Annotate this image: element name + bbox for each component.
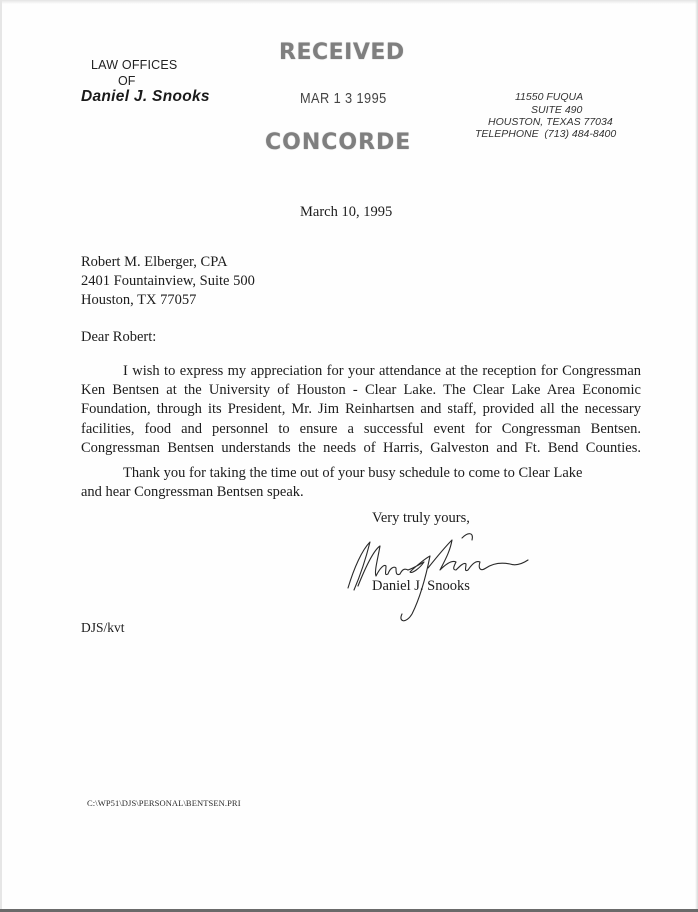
received-stamp-title: RECEIVED — [279, 40, 405, 65]
scan-edge-top — [0, 0, 698, 4]
paragraph-line: and hear Congressman Bentsen speak. — [81, 483, 641, 502]
letterhead-of: OF — [118, 74, 135, 88]
paragraph-line: facilities, food and personnel to ensure… — [81, 420, 641, 439]
letterhead-street: 11550 FUQUA — [515, 91, 583, 103]
file-path: C:\WP51\DJS\PERSONAL\BENTSEN.PRI — [87, 798, 241, 808]
paragraph-line: Congressman Bentsen understands the need… — [81, 439, 641, 458]
letterhead-suite: SUITE 490 — [531, 104, 582, 116]
paragraph-line: Ken Bentsen at the University of Houston… — [81, 381, 641, 400]
body-paragraph-2: Thank you for taking the time out of you… — [81, 464, 641, 502]
scan-edge-left — [0, 0, 2, 912]
letterhead-firm-name: Daniel J. Snooks — [81, 88, 210, 106]
letter-page: LAW OFFICES OF Daniel J. Snooks RECEIVED… — [0, 0, 698, 912]
recipient-city: Houston, TX 77057 — [81, 292, 196, 309]
recipient-name: Robert M. Elberger, CPA — [81, 254, 227, 271]
letterhead-city: HOUSTON, TEXAS 77034 — [488, 116, 613, 128]
paragraph-line: Foundation, through its President, Mr. J… — [81, 400, 641, 419]
letter-date: March 10, 1995 — [300, 204, 392, 221]
recipient-street: 2401 Fountainview, Suite 500 — [81, 273, 255, 290]
received-stamp-location: CONCORDE — [265, 130, 411, 155]
salutation: Dear Robert: — [81, 329, 156, 346]
closing: Very truly yours, — [372, 510, 470, 527]
letterhead-law-offices: LAW OFFICES — [91, 58, 177, 72]
letterhead-telephone: TELEPHONE (713) 484-8400 — [475, 128, 616, 140]
signer-name: Daniel J. Snooks — [372, 578, 470, 595]
paragraph-line: I wish to express my appreciation for yo… — [81, 362, 641, 381]
paragraph-line: Thank you for taking the time out of you… — [81, 464, 641, 483]
typist-initials: DJS/kvt — [81, 620, 125, 636]
received-stamp-date: MAR 1 3 1995 — [300, 90, 387, 107]
body-paragraph-1: I wish to express my appreciation for yo… — [81, 362, 641, 458]
